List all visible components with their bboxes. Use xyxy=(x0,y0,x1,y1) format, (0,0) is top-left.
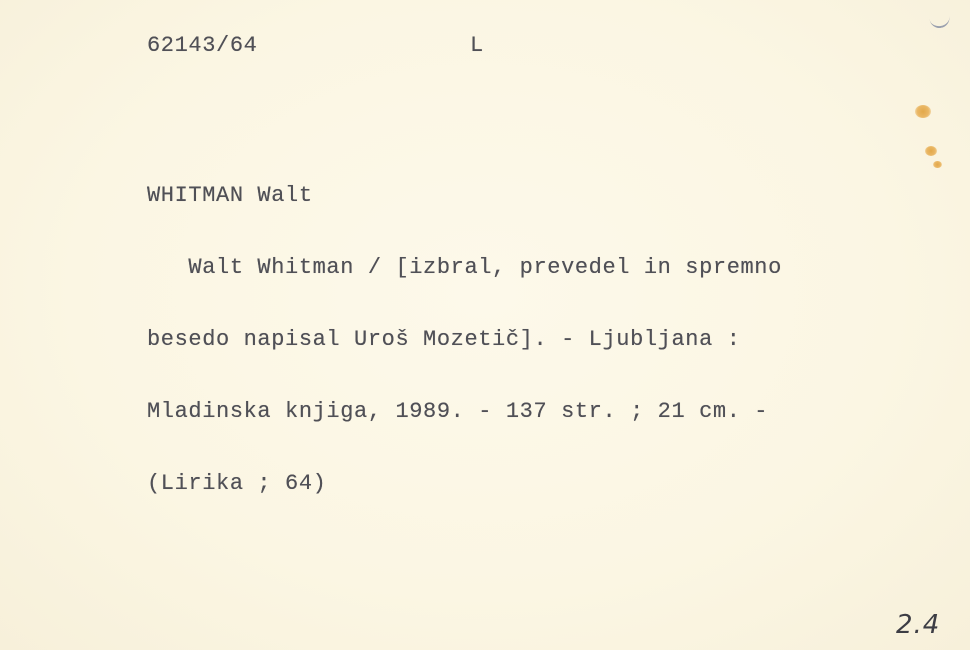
description-line: besedo napisal Uroš Mozetič]. - Ljubljan… xyxy=(147,328,782,352)
call-number: 62143/64 xyxy=(147,34,257,58)
pencil-check-mark-icon xyxy=(929,15,950,30)
stain-mark xyxy=(933,161,942,168)
description-line: Mladinska knjiga, 1989. - 137 str. ; 21 … xyxy=(147,400,782,424)
stain-mark xyxy=(925,146,937,156)
author-heading: WHITMAN Walt xyxy=(147,184,782,208)
description-line: Walt Whitman / [izbral, prevedel in spre… xyxy=(147,256,782,280)
handwritten-note: 2.4 xyxy=(896,610,940,640)
bibliographic-entry: WHITMAN Walt Walt Whitman / [izbral, pre… xyxy=(147,136,782,544)
stain-mark xyxy=(915,105,931,118)
series-statement: (Lirika ; 64) xyxy=(147,472,782,496)
catalog-card: 62143/64 L WHITMAN Walt Walt Whitman / [… xyxy=(0,0,970,650)
location-mark: L xyxy=(470,34,484,58)
